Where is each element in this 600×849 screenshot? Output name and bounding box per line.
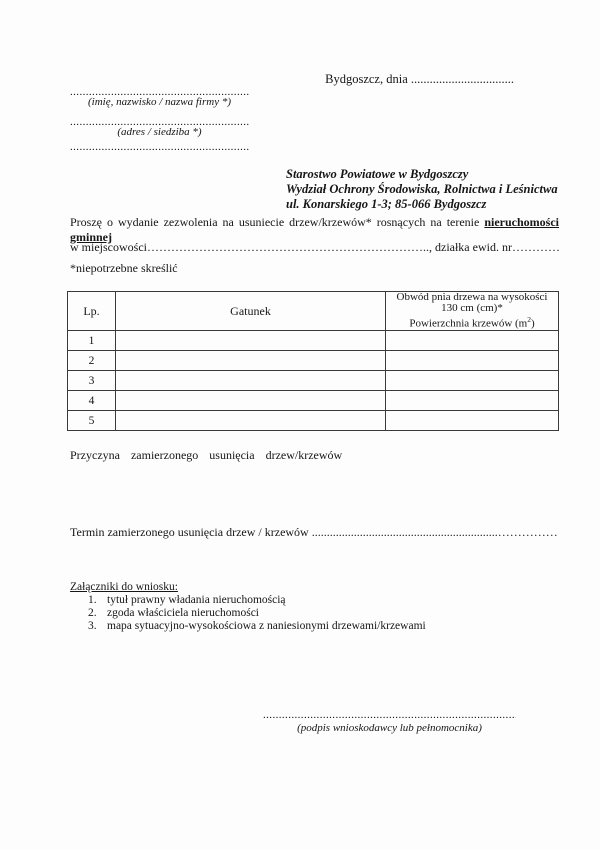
sender-extra-fill-line: ........................................… (70, 141, 249, 154)
table-row: 3 (68, 371, 559, 391)
attachment-item: 3. mapa sytuacyjno-wysokościowa z nanies… (70, 620, 426, 633)
table-header-lp: Lp. (68, 292, 116, 331)
recipient-office-name: Starostwo Powiatowe w Bydgoszczy (286, 167, 558, 182)
cell-lp: 1 (68, 331, 116, 351)
attachments-heading: Załączniki do wniosku: (70, 581, 178, 593)
table-header-obwod-line2: 130 cm (cm)* (386, 303, 558, 314)
cell-obwod (386, 371, 559, 391)
table-row: 5 (68, 411, 559, 431)
attachment-number: 1. (88, 594, 107, 607)
cell-gatunek (116, 331, 386, 351)
request-footnote: *niepotrzebne skreślić (70, 261, 178, 276)
cell-gatunek (116, 391, 386, 411)
cell-obwod (386, 391, 559, 411)
attachment-number: 3. (88, 620, 107, 633)
cell-obwod (386, 351, 559, 371)
sender-address-label: (adres / siedziba *) (70, 126, 249, 138)
signature-fill-line: ........................................… (263, 709, 516, 721)
attachment-text: tytuł prawny władania nieruchomością (107, 594, 286, 607)
city-date-line: Bydgoszcz, dnia ........................… (325, 72, 514, 87)
document-page: Bydgoszcz, dnia ........................… (0, 0, 600, 849)
cell-lp: 4 (68, 391, 116, 411)
recipient-block: Starostwo Powiatowe w Bydgoszczy Wydział… (286, 167, 558, 212)
term-line: Termin zamierzonego usunięcia drzew / kr… (70, 525, 559, 540)
table-row: 4 (68, 391, 559, 411)
signature-block: ........................................… (263, 709, 516, 734)
cell-lp: 2 (68, 351, 116, 371)
recipient-department: Wydział Ochrony Środowiska, Rolnictwa i … (286, 182, 558, 197)
cell-obwod (386, 331, 559, 351)
attachment-text: zgoda właściciela nieruchomości (107, 607, 259, 620)
recipient-address: ul. Konarskiego 1-3; 85-066 Bydgoszcz (286, 197, 558, 212)
request-line-2: w miejscowości……………………………………………………………..,… (70, 240, 559, 255)
table-header-row: Lp. Gatunek Obwód pnia drzewa na wysokoś… (68, 292, 559, 331)
species-table-container: Lp. Gatunek Obwód pnia drzewa na wysokoś… (67, 291, 559, 431)
attachment-item: 1. tytuł prawny władania nieruchomością (70, 594, 426, 607)
table-row: 1 (68, 331, 559, 351)
table-header-gatunek: Gatunek (116, 292, 386, 331)
sender-name-label: (imię, nazwisko / nazwa firmy *) (70, 96, 249, 108)
cell-gatunek (116, 411, 386, 431)
table-header-obwod: Obwód pnia drzewa na wysokości 130 cm (c… (386, 292, 559, 331)
table-header-obwod-line3: Powierzchnia krzewów (m2) (386, 314, 558, 330)
reason-line: Przyczyna zamierzonego usunięcia drzew/k… (70, 448, 342, 463)
attachments-list: 1. tytuł prawny władania nieruchomością … (70, 594, 426, 633)
attachment-number: 2. (88, 607, 107, 620)
attachment-item: 2. zgoda właściciela nieruchomości (70, 607, 426, 620)
cell-lp: 5 (68, 411, 116, 431)
cell-gatunek (116, 371, 386, 391)
attachment-text: mapa sytuacyjno-wysokościowa z naniesion… (107, 620, 426, 633)
signature-label: (podpis wnioskodawcy lub pełnomocnika) (263, 722, 516, 734)
cell-lp: 3 (68, 371, 116, 391)
cell-gatunek (116, 351, 386, 371)
request-line-1-text: Proszę o wydanie zezwolenia na usuniecie… (70, 215, 484, 229)
table-row: 2 (68, 351, 559, 371)
cell-obwod (386, 411, 559, 431)
species-table: Lp. Gatunek Obwód pnia drzewa na wysokoś… (67, 291, 559, 431)
